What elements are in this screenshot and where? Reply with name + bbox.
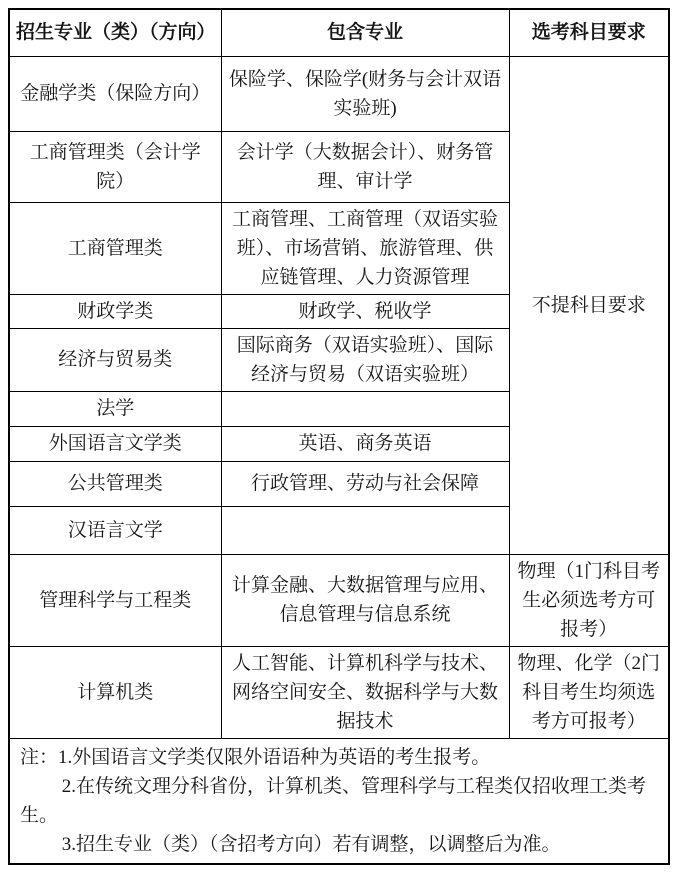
admission-majors-table: 招生专业（类）（方向） 包含专业 选考科目要求 金融学类（保险方向） 保险学、保… bbox=[8, 8, 670, 865]
cell-includes: 英语、商务英语 bbox=[221, 426, 509, 461]
cell-includes: 国际商务（双语实验班）、国际经济与贸易（双语实验班） bbox=[221, 328, 509, 391]
cell-includes: 会计学（大数据会计）、财务管理、审计学 bbox=[221, 131, 509, 202]
cell-major: 管理科学与工程类 bbox=[9, 554, 221, 646]
cell-includes bbox=[221, 391, 509, 426]
cell-requirement-merged: 不提科目要求 bbox=[509, 56, 669, 554]
cell-includes: 保险学、保险学(财务与会计双语实验班) bbox=[221, 56, 509, 131]
notes-row: 注：1.外国语言文学类仅限外语语种为英语的考生报考。 2.在传统文理分科省份，计… bbox=[9, 738, 669, 864]
header-major: 招生专业（类）（方向） bbox=[9, 9, 221, 56]
note-line-2: 2.在传统文理分科省份，计算机类、管理科学与工程类仅招收理工类考生。 bbox=[20, 772, 658, 830]
cell-includes bbox=[221, 506, 509, 554]
cell-requirement: 物理（1门科目考生必须选考方可报考） bbox=[509, 554, 669, 646]
cell-major: 公共管理类 bbox=[9, 461, 221, 506]
cell-includes: 计算金融、大数据管理与应用、信息管理与信息系统 bbox=[221, 554, 509, 646]
table-row: 金融学类（保险方向） 保险学、保险学(财务与会计双语实验班) 不提科目要求 bbox=[9, 56, 669, 131]
cell-major: 计算机类 bbox=[9, 646, 221, 738]
table-row: 计算机类 人工智能、计算机科学与技术、网络空间安全、数据科学与大数据技术 物理、… bbox=[9, 646, 669, 738]
header-row: 招生专业（类）（方向） 包含专业 选考科目要求 bbox=[9, 9, 669, 56]
cell-requirement: 物理、化学（2门科目考生均须选考方可报考） bbox=[509, 646, 669, 738]
cell-major: 工商管理类（会计学院） bbox=[9, 131, 221, 202]
header-includes: 包含专业 bbox=[221, 9, 509, 56]
table-row: 管理科学与工程类 计算金融、大数据管理与应用、信息管理与信息系统 物理（1门科目… bbox=[9, 554, 669, 646]
cell-major: 工商管理类 bbox=[9, 202, 221, 294]
cell-includes: 人工智能、计算机科学与技术、网络空间安全、数据科学与大数据技术 bbox=[221, 646, 509, 738]
cell-major: 汉语言文学 bbox=[9, 506, 221, 554]
cell-major: 法学 bbox=[9, 391, 221, 426]
cell-major: 金融学类（保险方向） bbox=[9, 56, 221, 131]
cell-includes: 财政学、税收学 bbox=[221, 294, 509, 328]
note-line-3: 3.招生专业（类）（含招考方向）若有调整，以调整后为准。 bbox=[20, 830, 658, 859]
cell-major: 外国语言文学类 bbox=[9, 426, 221, 461]
cell-includes: 行政管理、劳动与社会保障 bbox=[221, 461, 509, 506]
cell-includes: 工商管理、工商管理（双语实验班）、市场营销、旅游管理、供应链管理、人力资源管理 bbox=[221, 202, 509, 294]
notes-cell: 注：1.外国语言文学类仅限外语语种为英语的考生报考。 2.在传统文理分科省份，计… bbox=[9, 738, 669, 864]
cell-major: 财政学类 bbox=[9, 294, 221, 328]
note-line-1: 注：1.外国语言文学类仅限外语语种为英语的考生报考。 bbox=[20, 743, 658, 772]
cell-major: 经济与贸易类 bbox=[9, 328, 221, 391]
header-requirement: 选考科目要求 bbox=[509, 9, 669, 56]
